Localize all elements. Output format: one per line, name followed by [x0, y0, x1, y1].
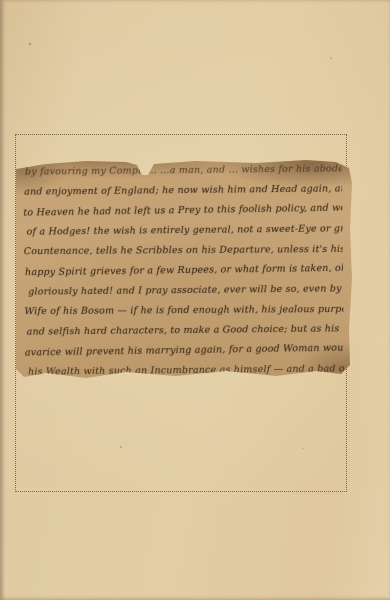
handwriting-line: Wife of his Bosom — if he is fond enough… [24, 300, 343, 322]
handwriting-line: gloriously hated! and I pray associate, … [28, 279, 343, 302]
paper-speck [330, 57, 332, 59]
handwriting-line: of a Hodges! the wish is entirely genera… [26, 219, 342, 242]
manuscript-fragment: by favouring my Compla… …a man, and … wi… [16, 159, 352, 381]
paper-speck [29, 43, 31, 45]
scanned-page: by favouring my Compla… …a man, and … wi… [0, 0, 390, 600]
handwriting-line: by favouring my Compla… …a man, and … wi… [25, 159, 342, 182]
handwriting-block: by favouring my Compla… …a man, and … wi… [23, 159, 344, 382]
